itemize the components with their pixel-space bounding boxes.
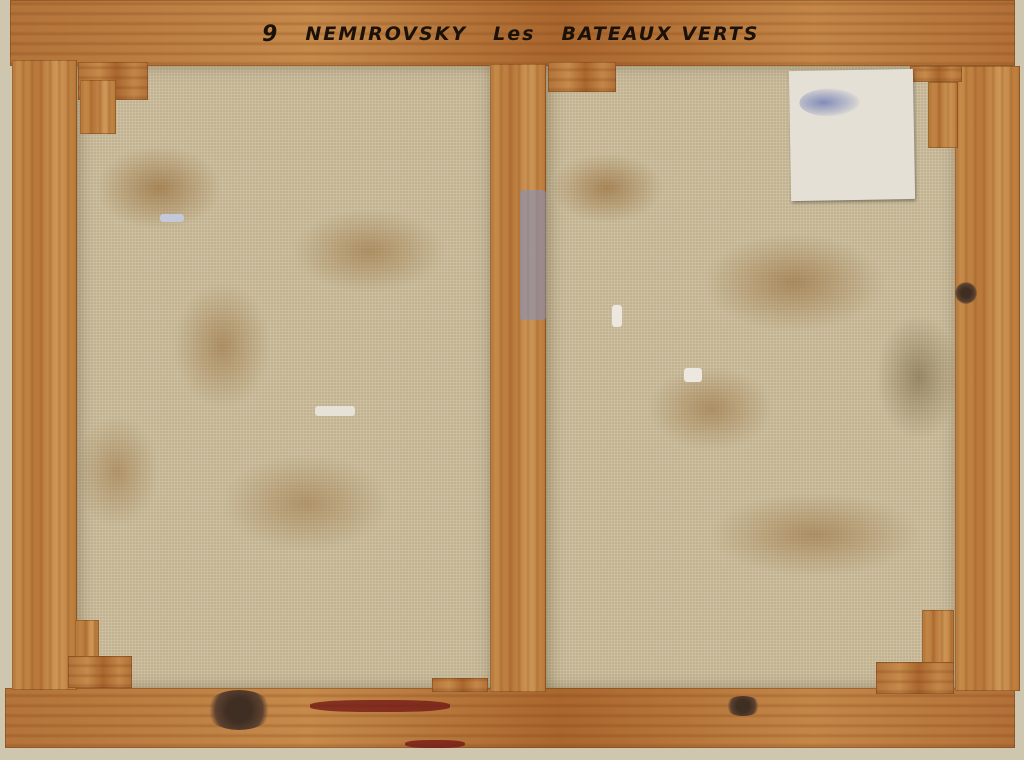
- painting-back: 9 NEMIROVSKY Les BATEAUX VERTS: [0, 0, 1024, 760]
- corner-key-bottom-left: [68, 656, 132, 688]
- inscription-title-prefix: Les: [493, 23, 535, 45]
- corner-key-bottom-center: [432, 678, 488, 692]
- inscription-title: BATEAUX VERTS: [561, 23, 759, 45]
- wood-knot: [205, 690, 273, 730]
- stretcher-center-bar: [490, 64, 546, 692]
- corner-key-top-right: [910, 66, 962, 82]
- white-paint-spot: [160, 214, 184, 222]
- stretcher-left-bar: [12, 60, 77, 690]
- paper-label: [789, 69, 915, 201]
- white-paint-spot: [684, 368, 702, 382]
- handwritten-inscription: 9 NEMIROVSKY Les BATEAUX VERTS: [262, 14, 902, 54]
- white-paint-spot: [612, 305, 622, 327]
- corner-key-bottom-right-vertical: [922, 610, 954, 666]
- corner-key-bottom-right: [876, 662, 954, 694]
- red-paint-stain: [310, 700, 450, 712]
- inscription-number: 9: [262, 22, 279, 47]
- stretcher-bottom-bar: [5, 688, 1015, 748]
- inscription-artist: NEMIROVSKY: [305, 23, 467, 45]
- wood-knot: [955, 282, 977, 304]
- white-paint-spot: [315, 406, 355, 416]
- stretcher-right-bar: [955, 66, 1020, 691]
- ink-scribble: [799, 88, 859, 117]
- red-paint-stain: [405, 740, 465, 748]
- canvas-left-panel: [75, 62, 495, 692]
- corner-key-top-center: [548, 62, 616, 92]
- corner-key-top-left-vertical: [80, 80, 116, 134]
- wood-knot: [725, 696, 761, 716]
- corner-key-top-right-vertical: [928, 82, 958, 148]
- blue-paint-smear: [520, 190, 546, 320]
